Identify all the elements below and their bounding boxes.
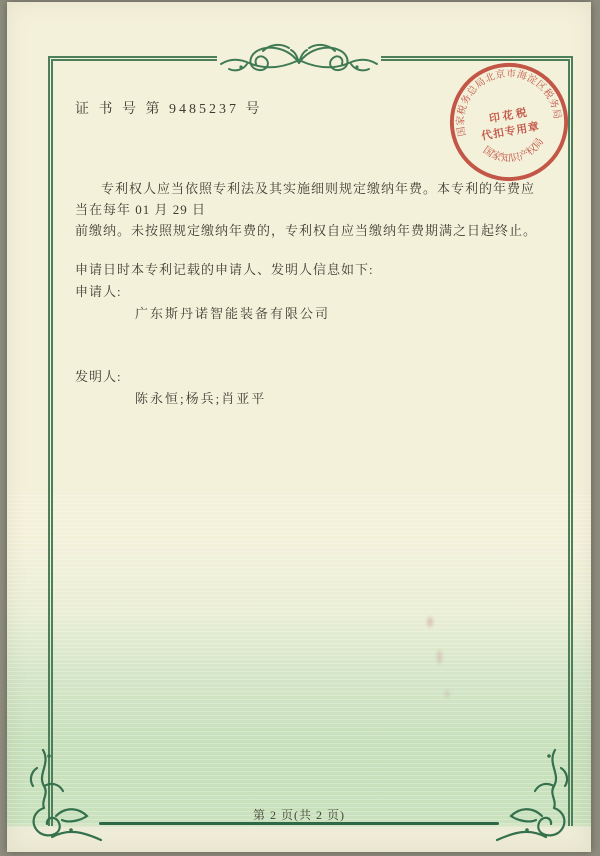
scanned-document: { "page": { "cert_no": "证 书 号 第 9485237 … — [0, 0, 600, 856]
fee-paragraph-line-1: 专利权人应当依照专利法及其实施细则规定缴纳年费。本专利的年费应当在每年 01 月… — [75, 178, 543, 220]
inventor-label: 发明人: — [75, 366, 122, 385]
top-flourish-ornament — [217, 38, 381, 80]
stamp-center-line1: 印 花 税 — [488, 105, 528, 125]
fee-paragraph: 专利权人应当依照专利法及其实施细则规定缴纳年费。本专利的年费应当在每年 01 月… — [75, 178, 543, 241]
seal-icon: 国家税务总局北京市海淀区税务局 国家知识产权局 印 花 税 代扣专用章 — [435, 48, 583, 196]
corner-ornament-bottom-left — [23, 746, 111, 846]
corner-flourish-icon — [23, 746, 111, 846]
stamp-tax-withholding-seal: 国家税务总局北京市海淀区税务局 国家知识产权局 印 花 税 代扣专用章 — [435, 48, 583, 196]
certificate-page: 国家税务总局北京市海淀区税务局 国家知识产权局 印 花 税 代扣专用章 证 书 … — [7, 2, 591, 852]
page-number-footer: 第 2 页(共 2 页) — [7, 806, 591, 823]
applicant-name: 广东斯丹诺智能装备有限公司 — [135, 303, 330, 322]
scan-smudge — [437, 650, 442, 664]
corner-ornament-bottom-right — [487, 746, 575, 846]
scan-smudge — [427, 617, 433, 627]
applicant-info-heading: 申请日时本专利记载的申请人、发明人信息如下: — [75, 259, 374, 278]
flourish-icon — [217, 38, 381, 80]
scan-smudge — [445, 690, 449, 698]
inventor-names: 陈永恒;杨兵;肖亚平 — [135, 388, 266, 407]
applicant-label: 申请人: — [75, 281, 122, 300]
certificate-number: 证 书 号 第 9485237 号 — [75, 98, 263, 118]
corner-flourish-icon — [487, 746, 575, 846]
fee-paragraph-line-2: 前缴纳。未按照规定缴纳年费的，专利权自应当缴纳年费期满之日起终止。 — [75, 220, 543, 241]
